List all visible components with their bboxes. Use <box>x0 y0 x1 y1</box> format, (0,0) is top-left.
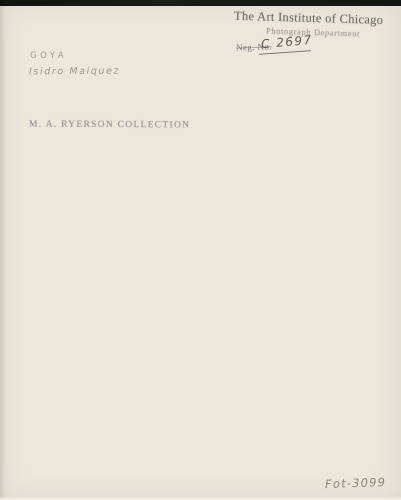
artist-pencil-note: GOYA <box>30 51 67 61</box>
negative-number-handwritten: C 2697 <box>260 33 313 51</box>
photo-number-pencil-note: Fot-3099 <box>325 475 387 491</box>
left-edge-shadow <box>0 6 6 500</box>
bottom-paper-edge <box>0 496 401 500</box>
photograph-verso-card: The Art Institute of Chicago Photograph … <box>0 0 401 500</box>
ryerson-collection-stamp: M. A. RYERSON COLLECTION <box>29 120 190 131</box>
institute-stamp-line1: The Art Institute of Chicago <box>234 9 394 28</box>
top-black-edge <box>0 0 401 6</box>
title-pencil-note: Isidro Maiquez <box>29 66 120 78</box>
